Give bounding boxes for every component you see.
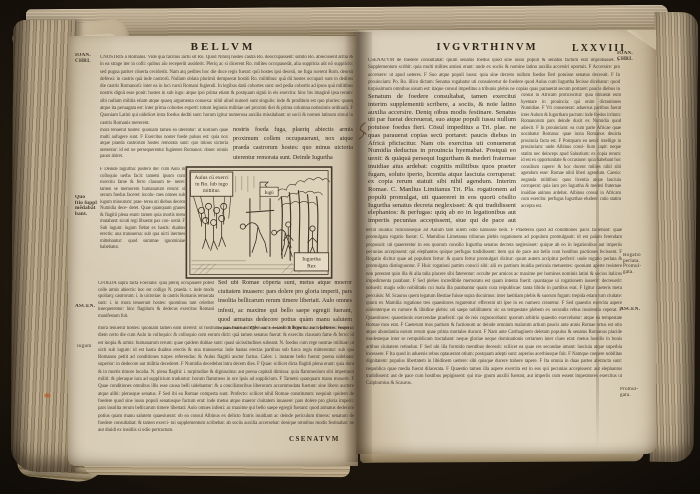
woodcut-image: Aulus cū exerci tu Ro. ſub iugo mittitur…: [185, 166, 333, 279]
commentary-column-right: consul in Africam proficiscitur: quia ti…: [521, 93, 621, 227]
woodcut-frame: Aulus cū exerci tu Ro. ſub iugo mittitur…: [185, 166, 333, 279]
sallust-text-upper: nostris foeda fuga, plaeriq abiectis arm…: [233, 126, 353, 167]
margin-note-line: bant.: [75, 212, 97, 218]
commentary-block-top-right: CSENATVM de foedere consultabat: quum se…: [368, 57, 620, 93]
fore-edge-stain: [44, 393, 51, 398]
margin-note-line: gata.: [623, 270, 641, 276]
commentary-column-left-a: mora tenuerūt hostes: quoniam tamen ea u…: [100, 128, 228, 167]
king-label-line: Rex: [307, 263, 316, 269]
page-corner-fold: [626, 30, 656, 50]
mid-label-text: Iugū: [264, 190, 274, 196]
margin-note-author-left: IOAN. CHRI.: [75, 53, 91, 64]
commentary-column-left-b: F Deinde Iugurtha: postero die: cum Aulo…: [100, 167, 185, 279]
ink-mark-glyph: [357, 122, 368, 140]
woodcut-mid-label: Iugū: [260, 187, 278, 196]
commentary-block-bottom-right: terrat inuidia: ridiculoseque ait Aulum …: [366, 227, 622, 429]
king-label-line: Iugurtha: [302, 256, 321, 262]
margin-note-line: gata.: [620, 393, 638, 399]
margin-note-iugum: Iugum: [77, 344, 92, 350]
sallust-text-right: Senatum de foedere consultabat, tamen ex…: [368, 93, 516, 225]
right-fore-edge: [650, 12, 699, 462]
page-crease: [596, 64, 599, 448]
photo-of-open-book: IOAN. CHRI. BELLVM CNOSTRIS à Romanis. V…: [0, 0, 700, 494]
margin-note-rogatio: Rogatio perlata. Promul- gata.: [623, 253, 641, 275]
right-page: IVGVRTHINVM LXXVIII IOAN. CHRI. CSENATVM…: [356, 30, 656, 454]
ink-mark: [357, 122, 368, 140]
margin-note-promulgata: Promul- gata.: [620, 387, 638, 398]
banner-text-line: tu Ro. ſub iugo: [195, 181, 228, 188]
banner-text-line: mittitur.: [203, 188, 220, 194]
commentary-block-top-left: CNOSTRIS à Romanis. Vide quā facilius ia…: [100, 54, 353, 128]
sallust-text-lower: Sed ubi Romae cōperta sunt, metus atque …: [218, 279, 352, 329]
woodcut-king-label: Iugurtha Rex: [294, 253, 328, 271]
woodcut-banner-label: Aulus cū exerci tu Ro. ſub iugo mittitur…: [190, 172, 232, 196]
left-page: IOAN. CHRI. BELLVM CNOSTRIS à Romanis. V…: [68, 36, 358, 466]
margin-note-supplement: Quō ſtio ſuppl mēdabāt bant.: [75, 195, 97, 217]
commentary-block-bottom-left: mora tenuerūt hostes: quoniam tamen eam …: [98, 325, 354, 438]
margin-note-ascensius-left: ASCEN.: [75, 304, 95, 310]
margin-note-line: CHRI.: [75, 59, 91, 65]
margin-note-ascensius-right: ASCEN.: [620, 307, 640, 313]
catchword: CSENATVM: [289, 435, 340, 443]
banner-text-line: Aulus cū exerci: [195, 175, 230, 181]
running-title-iugurthinum: IVGVRTHINVM: [412, 42, 562, 53]
running-title-bellum: BELLVM: [98, 41, 348, 53]
commentary-column-left-c: CFOEDA supra facta Foecialis: quia pleri…: [98, 281, 214, 327]
